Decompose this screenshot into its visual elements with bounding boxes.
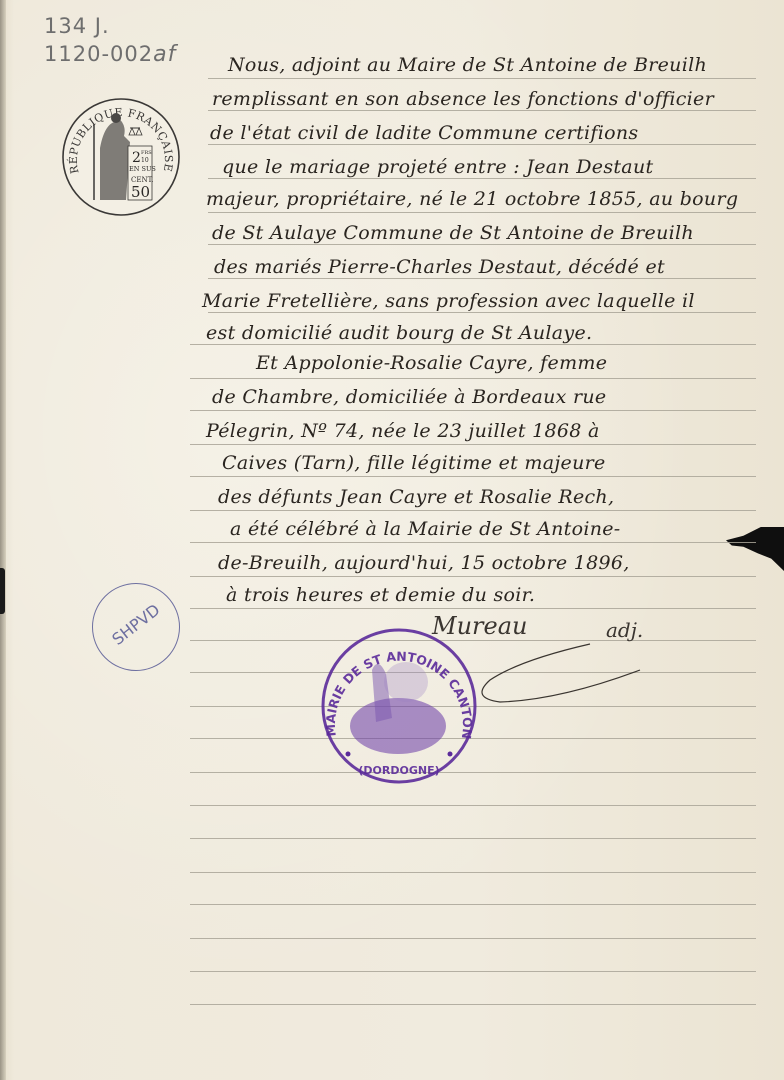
svg-text:(DORDOGNE): (DORDOGNE)	[358, 764, 439, 777]
archive-stamp-text: SHPVD	[96, 591, 175, 659]
text-line: Et Appolonie-Rosalie Cayre, femme	[256, 352, 607, 374]
text-line: des mariés Pierre-Charles Destaut, décéd…	[214, 256, 665, 278]
text-line: Nous, adjoint au Maire de St Antoine de …	[228, 54, 707, 76]
page-tear-left	[0, 568, 5, 614]
ruled-line	[190, 838, 756, 839]
text-line: des défunts Jean Cayre et Rosalie Rech,	[218, 486, 614, 508]
archive-reference-number: 1120-002	[44, 42, 153, 66]
fiscal-stamp-seal-icon: RÉPUBLIQUE FRANÇAISE 2 FRS 10 EN SUS CEN…	[60, 96, 182, 218]
ruled-line	[190, 938, 756, 939]
ruled-line	[190, 344, 756, 345]
officer-signature: Mureau	[432, 612, 527, 640]
ruled-line	[190, 444, 756, 445]
ruled-line	[190, 1004, 756, 1005]
archive-reference-suffix: af	[153, 42, 176, 67]
text-line: de St Aulaye Commune de St Antoine de Br…	[212, 222, 694, 244]
ruled-line	[190, 576, 756, 577]
document-page: 134 J. 1120-002af RÉPUBLIQUE FRANÇAISE 2…	[0, 0, 784, 1080]
ruled-line	[190, 476, 756, 477]
text-line: remplissant en son absence les fonctions…	[212, 88, 714, 110]
ruled-line	[208, 244, 756, 245]
svg-text:50: 50	[131, 183, 150, 201]
ruled-line	[190, 510, 756, 511]
ruled-line	[190, 542, 756, 543]
ruled-line	[190, 872, 756, 873]
text-line: majeur, propriétaire, né le 21 octobre 1…	[206, 188, 738, 210]
ruled-line	[190, 904, 756, 905]
archive-stamp-shpvd: SHPVD	[92, 583, 180, 671]
text-line: de-Breuilh, aujourd'hui, 15 octobre 1896…	[218, 552, 630, 574]
ruled-line	[208, 278, 756, 279]
svg-text:FRS: FRS	[141, 150, 152, 156]
text-line: Marie Fretellière, sans profession avec …	[202, 290, 695, 312]
ruled-line	[208, 78, 756, 79]
text-line: que le mariage projeté entre : Jean Dest…	[222, 156, 653, 178]
text-line: Pélegrin, Nº 74, née le 23 juillet 1868 …	[206, 420, 600, 442]
ruled-line	[208, 110, 756, 111]
ruled-line	[190, 378, 756, 379]
signature-title: adj.	[606, 618, 643, 642]
svg-text:EN SUS: EN SUS	[129, 165, 156, 173]
page-tear-right	[726, 527, 784, 571]
archive-reference-line2: 1120-002af	[44, 42, 176, 67]
page-left-edge	[0, 0, 6, 1080]
svg-text:10: 10	[141, 157, 149, 164]
text-line: de Chambre, domiciliée à Bordeaux rue	[212, 386, 606, 408]
archive-reference-line1: 134 J.	[44, 14, 110, 38]
text-line: de l'état civil de ladite Commune certif…	[210, 122, 638, 144]
signature-flourish-icon	[440, 640, 700, 730]
ruled-line	[190, 805, 756, 806]
ruled-line	[208, 178, 756, 179]
text-line: à trois heures et demie du soir.	[226, 584, 535, 606]
ruled-line	[190, 971, 756, 972]
ruled-line	[208, 212, 756, 213]
text-line: est domicilié audit bourg de St Aulaye.	[206, 322, 592, 344]
text-line: a été célébré à la Mairie de St Antoine-	[230, 518, 621, 540]
ruled-line	[208, 144, 756, 145]
text-line: Caives (Tarn), fille légitime et majeure	[222, 452, 606, 474]
ruled-line	[208, 312, 756, 313]
svg-text:2: 2	[132, 150, 141, 166]
ruled-line	[190, 410, 756, 411]
ruled-line	[190, 608, 756, 609]
